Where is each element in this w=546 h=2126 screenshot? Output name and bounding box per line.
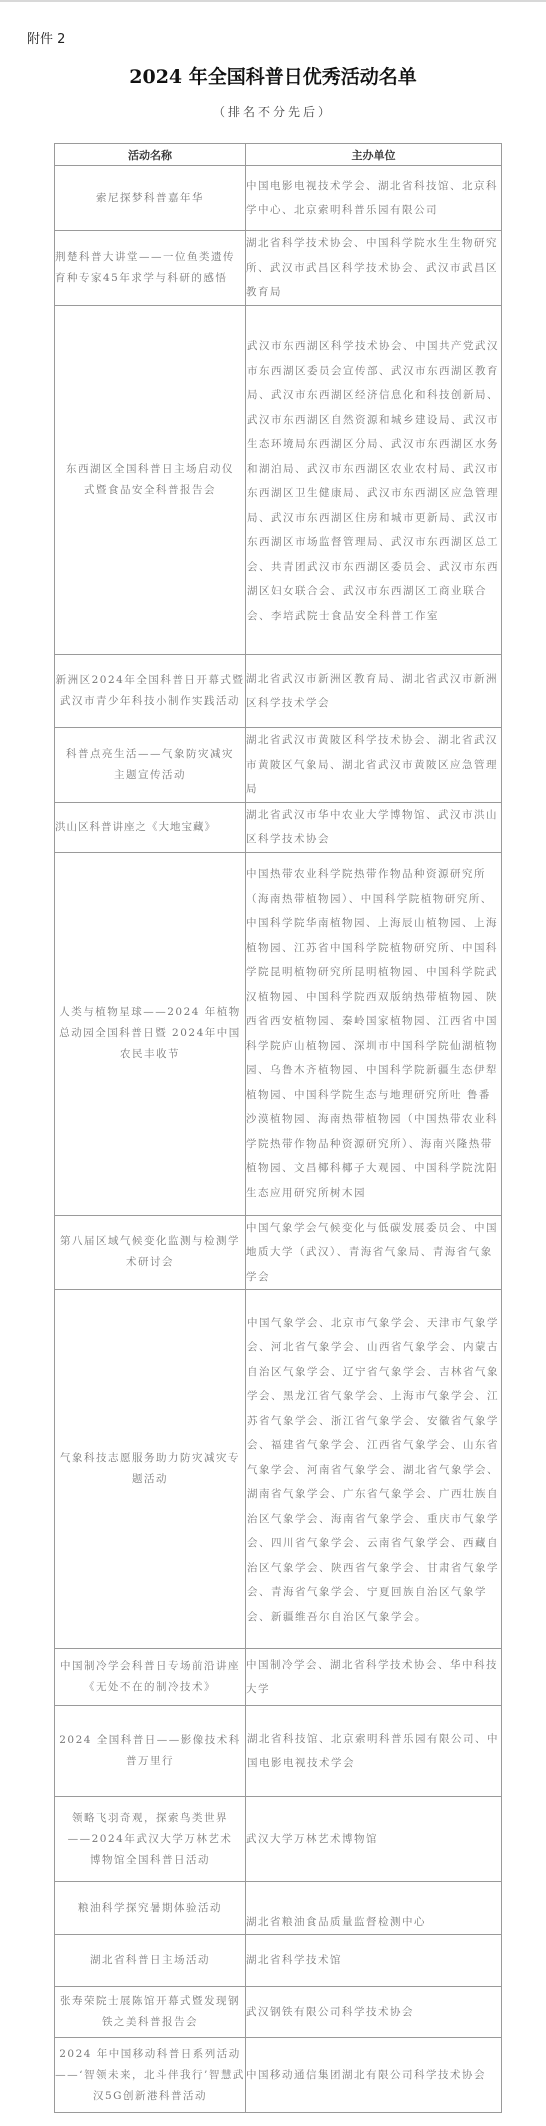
- table-row: 索尼探梦科普嘉年华 中国电影电视技术学会、湖北省科技馆、北京科学中心、北京索明科…: [55, 166, 502, 231]
- page-subtitle: （排名不分先后）: [0, 103, 546, 120]
- activity-name: 荆楚科普大讲堂——一位鱼类遗传育种专家45年求学与科研的感悟: [55, 231, 246, 306]
- organizer: 武汉大学万林艺术博物馆: [246, 1797, 502, 1882]
- table-row: 气象科技志愿服务助力防灾减灾专题活动 中国气象学会、北京市气象学会、天津市气象学…: [55, 1290, 502, 1649]
- column-header-organizer: 主办单位: [246, 144, 502, 166]
- activity-name: 2024 全国科普日——影像技术科普万里行: [55, 1706, 246, 1797]
- activity-name: 新洲区2024年全国科普日开幕式暨武汉市青少年科技小制作实践活动: [55, 655, 246, 728]
- activity-name: 东西湖区全国科普日主场启动仪式暨食品安全科普报告会: [55, 306, 246, 655]
- activity-table: 活动名称 主办单位 索尼探梦科普嘉年华 中国电影电视技术学会、湖北省科技馆、北京…: [54, 143, 502, 2113]
- organizer: 中国制冷学会、湖北省科学技术协会、华中科技大学: [246, 1649, 502, 1706]
- organizer: 中国电影电视技术学会、湖北省科技馆、北京科学中心、北京索明科普乐园有限公司: [246, 166, 502, 231]
- activity-name: 2024 年中国移动科普日系列活动——‘智领未来，北斗伴我行’智慧武汉5G创新港…: [55, 2038, 246, 2113]
- organizer: 湖北省武汉市华中农业大学博物馆、武汉市洪山区科学技术协会: [246, 802, 502, 852]
- table-row: 2024 全国科普日——影像技术科普万里行 湖北省科技馆、北京索明科普乐园有限公…: [55, 1706, 502, 1797]
- table-row: 湖北省科普日主场活动 湖北省科学技术馆: [55, 1935, 502, 1987]
- organizer: 湖北省科学技术协会、中国科学院水生生物研究所、武汉市武昌区科学技术协会、武汉市武…: [246, 231, 502, 306]
- activity-name: 粮油科学探究暑期体验活动: [55, 1882, 246, 1935]
- organizer: 中国移动通信集团湖北有限公司科学技术协会: [246, 2038, 502, 2113]
- organizer: 湖北省武汉市新洲区教育局、湖北省武汉市新洲区科学技术学会: [246, 655, 502, 728]
- page-title: 2024 年全国科普日优秀活动名单: [0, 62, 546, 89]
- table-row: 荆楚科普大讲堂——一位鱼类遗传育种专家45年求学与科研的感悟 湖北省科学技术协会…: [55, 231, 502, 306]
- top-divider: [0, 0, 546, 2]
- activity-name: 张寿荣院士展陈馆开幕式暨发现钢铁之美科普报告会: [55, 1987, 246, 2038]
- activity-name: 湖北省科普日主场活动: [55, 1935, 246, 1987]
- organizer: 中国气象学会、北京市气象学会、天津市气象学会、河北省气象学会、山西省气象学会、内…: [246, 1290, 502, 1649]
- activity-name: 第八届区域气候变化监测与检测学术研讨会: [55, 1215, 246, 1290]
- table-row: 张寿荣院士展陈馆开幕式暨发现钢铁之美科普报告会 武汉钢铁有限公司科学技术协会: [55, 1987, 502, 2038]
- organizer: 武汉市东西湖区科学技术协会、中国共产党武汉市东西湖区委员会宣传部、武汉市东西湖区…: [246, 306, 502, 655]
- organizer: 中国气象学会气候变化与低碳发展委员会、中国地质大学（武汉）、青海省气象局、青海省…: [246, 1215, 502, 1290]
- table-header-row: 活动名称 主办单位: [55, 144, 502, 166]
- attachment-label: 附件 2: [27, 28, 65, 47]
- organizer: 武汉钢铁有限公司科学技术协会: [246, 1987, 502, 2038]
- organizer: 湖北省粮油食品质量监督检测中心: [246, 1882, 502, 1935]
- activity-name: 气象科技志愿服务助力防灾减灾专题活动: [55, 1290, 246, 1649]
- activity-name: 洪山区科普讲座之《大地宝藏》: [55, 802, 246, 852]
- activity-name: 科普点亮生活——气象防灾减灾主题宣传活动: [55, 728, 246, 803]
- table-row: 人类与植物星球——2024 年植物总动园全国科普日暨 2024年中国农民丰收节 …: [55, 852, 502, 1215]
- table-row: 中国制冷学会科普日专场前沿讲座《无处不在的制冷技术》 中国制冷学会、湖北省科学技…: [55, 1649, 502, 1706]
- organizer: 湖北省武汉市黄陂区科学技术协会、湖北省武汉市黄陂区气象局、湖北省武汉市黄陂区应急…: [246, 728, 502, 803]
- organizer: 湖北省科学技术馆: [246, 1935, 502, 1987]
- table-row: 第八届区域气候变化监测与检测学术研讨会 中国气象学会气候变化与低碳发展委员会、中…: [55, 1215, 502, 1290]
- activity-name: 中国制冷学会科普日专场前沿讲座《无处不在的制冷技术》: [55, 1649, 246, 1706]
- organizer: 湖北省科技馆、北京索明科普乐园有限公司、中国电影电视技术学会: [246, 1706, 502, 1797]
- activity-name: 索尼探梦科普嘉年华: [55, 166, 246, 231]
- activity-name: 领略飞羽奇观，探索鸟类世界——2024年武汉大学万林艺术博物馆全国科普日活动: [55, 1797, 246, 1882]
- activity-name: 人类与植物星球——2024 年植物总动园全国科普日暨 2024年中国农民丰收节: [55, 852, 246, 1215]
- table-row: 2024 年中国移动科普日系列活动——‘智领未来，北斗伴我行’智慧武汉5G创新港…: [55, 2038, 502, 2113]
- organizer: 中国热带农业科学院热带作物品种资源研究所（海南热带植物园）、中国科学院植物研究所…: [246, 852, 502, 1215]
- table-row: 洪山区科普讲座之《大地宝藏》 湖北省武汉市华中农业大学博物馆、武汉市洪山区科学技…: [55, 802, 502, 852]
- table-row: 科普点亮生活——气象防灾减灾主题宣传活动 湖北省武汉市黄陂区科学技术协会、湖北省…: [55, 728, 502, 803]
- table-row: 粮油科学探究暑期体验活动 湖北省粮油食品质量监督检测中心: [55, 1882, 502, 1935]
- column-header-activity-name: 活动名称: [55, 144, 246, 166]
- table-row: 东西湖区全国科普日主场启动仪式暨食品安全科普报告会 武汉市东西湖区科学技术协会、…: [55, 306, 502, 655]
- table-row: 领略飞羽奇观，探索鸟类世界——2024年武汉大学万林艺术博物馆全国科普日活动 武…: [55, 1797, 502, 1882]
- table-row: 新洲区2024年全国科普日开幕式暨武汉市青少年科技小制作实践活动 湖北省武汉市新…: [55, 655, 502, 728]
